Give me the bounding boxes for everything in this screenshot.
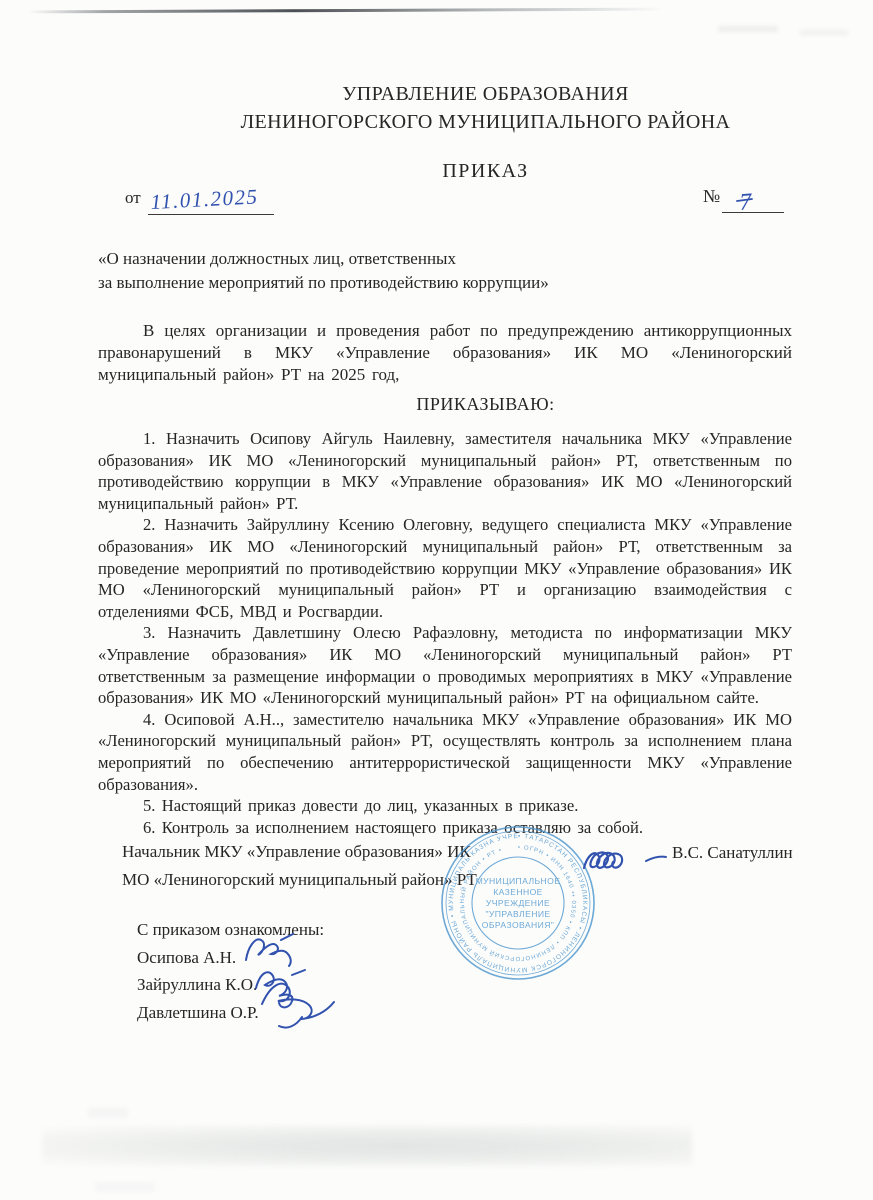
scan-artifact-mark: [718, 26, 778, 32]
order-item-2: 2. Назначить Зайруллину Ксению Олеговну,…: [98, 514, 792, 622]
preamble-paragraph: В целях организации и проведения работ п…: [98, 320, 792, 386]
number-prefix: №: [703, 186, 720, 207]
org-name-line1: УПРАВЛЕНИЕ ОБРАЗОВАНИЯ: [98, 80, 873, 108]
stamp-center-line4: "УПРАВЛЕНИЕ: [485, 909, 550, 919]
org-name-line2: ЛЕНИНОГОРСКОГО МУНИЦИПАЛЬНОГО РАЙОНА: [98, 108, 873, 136]
order-item-4: 4. Осиповой А.Н.., заместителю начальник…: [98, 709, 792, 795]
order-items: 1. Назначить Осипову Айгуль Наилевну, за…: [98, 428, 792, 838]
handwritten-date-ink: 11.01.2025: [150, 184, 259, 214]
svg-text:• ОГРН • ИНН 1640 •• 0350 • КП: • ОГРН • ИНН 1640 •• 0350 • КПП • ЛЕНИНО…: [459, 845, 576, 961]
order-item-6: 6. Контроль за исполнением настоящего пр…: [98, 817, 792, 839]
stamp-center-line5: ОБРАЗОВАНИЯ": [482, 920, 555, 930]
document-page: УПРАВЛЕНИЕ ОБРАЗОВАНИЯ ЛЕНИНОГОРСКОГО МУ…: [0, 0, 873, 1200]
number-underline: [722, 212, 784, 213]
director-signature-dash: [646, 857, 666, 861]
order-keyword: ПРИКАЗЫВАЮ:: [98, 394, 873, 415]
acknowledged-name-2: Зайруллина К.О.: [137, 971, 324, 999]
scan-artifact-speck: [88, 1108, 128, 1118]
stamp-center-line3: УЧРЕЖДЕНИЕ: [486, 898, 550, 908]
number-crossbar-stroke: [737, 199, 752, 201]
scan-artifact-smudge: [42, 1126, 692, 1166]
org-header: УПРАВЛЕНИЕ ОБРАЗОВАНИЯ ЛЕНИНОГОРСКОГО МУ…: [98, 80, 873, 136]
scan-artifact-top-line: [28, 8, 664, 14]
signer-position-line1: Начальник МКУ «Управление образования» И…: [122, 838, 477, 866]
date-underline: [148, 214, 274, 215]
subject-heading: «О назначении должностных лиц, ответстве…: [98, 247, 698, 294]
acknowledged-name-1: Осипова А.Н.: [137, 944, 324, 972]
subject-line1: «О назначении должностных лиц, ответстве…: [98, 247, 698, 271]
signer-name: В.С. Санатуллин: [672, 843, 793, 863]
stamp-center-line1: МУНИЦИПАЛЬНОЕ: [476, 876, 561, 886]
scan-artifact-speck: [95, 1182, 155, 1192]
stamp-center-line2: КАЗЕННОЕ: [493, 887, 543, 897]
order-item-1: 1. Назначить Осипову Айгуль Наилевну, за…: [98, 428, 792, 514]
subject-line2: за выполнение мероприятий по противодейс…: [98, 271, 698, 295]
acknowledgement-block: С приказом ознакомлены: Осипова А.Н. Зай…: [137, 916, 324, 1026]
order-item-5: 5. Настоящий приказ довести до лиц, указ…: [98, 795, 792, 817]
date-prefix: от: [125, 188, 141, 208]
order-item-3: 3. Назначить Давлетшину Олесю Рафаэловну…: [98, 622, 792, 708]
acknowledgement-title: С приказом ознакомлены:: [137, 916, 324, 944]
scan-artifact-mark: [800, 30, 848, 35]
director-signature-ink: [584, 853, 622, 868]
handwritten-date-text: 11.01.2025: [150, 184, 259, 214]
acknowledged-name-3: Давлетшина О.Р.: [137, 999, 324, 1027]
document-type-title: ПРИКАЗ: [98, 160, 873, 183]
signer-position: Начальник МКУ «Управление образования» И…: [122, 838, 477, 894]
signer-position-line2: МО «Лениногорский муниципальный район» Р…: [122, 866, 477, 894]
stamp-ring-inner-text: • ОГРН • ИНН 1640 •• 0350 • КПП • ЛЕНИНО…: [459, 845, 576, 961]
